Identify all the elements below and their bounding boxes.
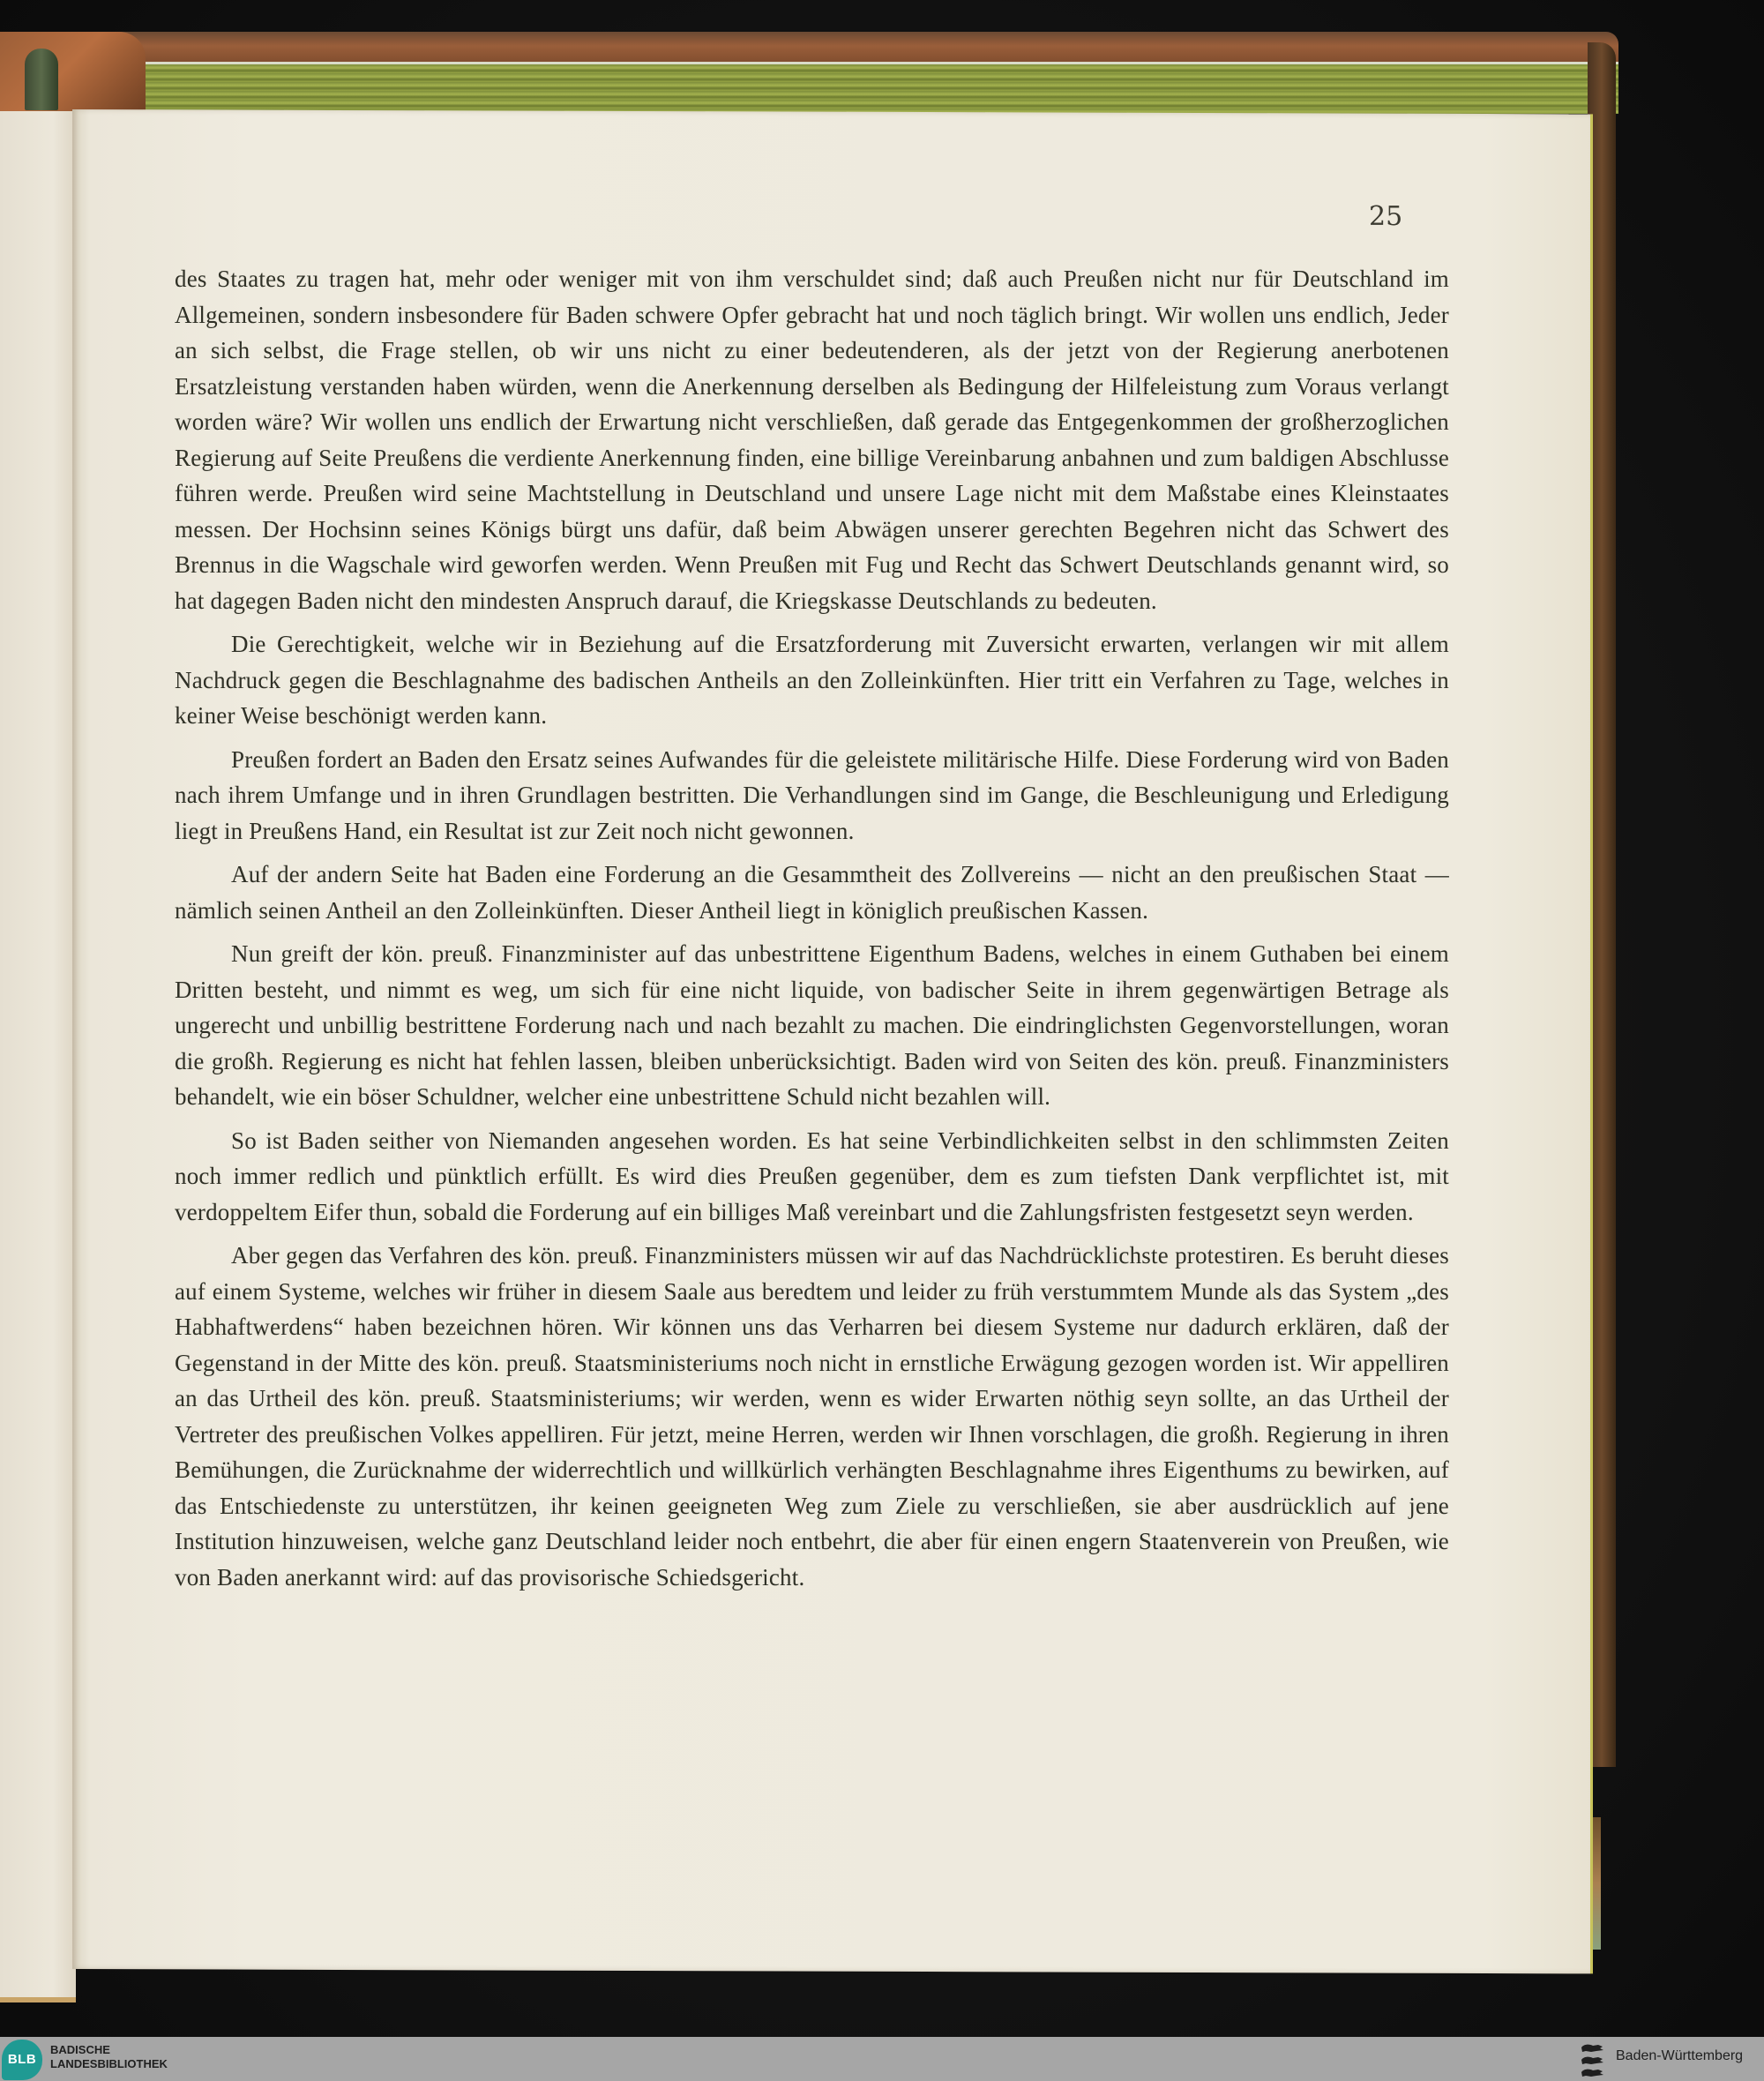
page-body-text: des Staates zu tragen hat, mehr oder wen… [175, 261, 1449, 1595]
library-name-line2: LANDESBIBLIOTHEK [50, 2057, 168, 2071]
bookmark-ribbon [25, 49, 58, 110]
paragraph: So ist Baden seither von Niemanden anges… [175, 1123, 1449, 1231]
state-name[interactable]: Baden-Württemberg [1616, 2048, 1743, 2064]
book-cover-corner [0, 32, 146, 116]
page-number: 25 [1369, 201, 1402, 232]
blb-logo-icon[interactable]: BLB [2, 2040, 42, 2080]
paragraph: des Staates zu tragen hat, mehr oder wen… [175, 261, 1449, 618]
footer-bar: BLB BADISCHE LANDESBIBLIOTHEK Baden-Würt… [0, 2037, 1764, 2081]
paragraph: Aber gegen das Verfahren des kön. preuß.… [175, 1238, 1449, 1595]
paragraph: Nun greift der kön. preuß. Finanzministe… [175, 936, 1449, 1115]
three-lions-coat-of-arms-icon[interactable] [1579, 2040, 1607, 2079]
page-edges-top [44, 62, 1618, 114]
paragraph: Die Gerechtigkeit, welche wir in Beziehu… [175, 626, 1449, 734]
left-page-edge [0, 111, 76, 2002]
library-name-line1: BADISCHE [50, 2043, 168, 2057]
scan-viewer: 25 des Staates zu tragen hat, mehr oder … [0, 0, 1764, 2081]
paragraph: Preußen fordert an Baden den Ersatz sein… [175, 742, 1449, 850]
paragraph: Auf der andern Seite hat Baden eine Ford… [175, 857, 1449, 928]
library-name[interactable]: BADISCHE LANDESBIBLIOTHEK [50, 2043, 168, 2071]
